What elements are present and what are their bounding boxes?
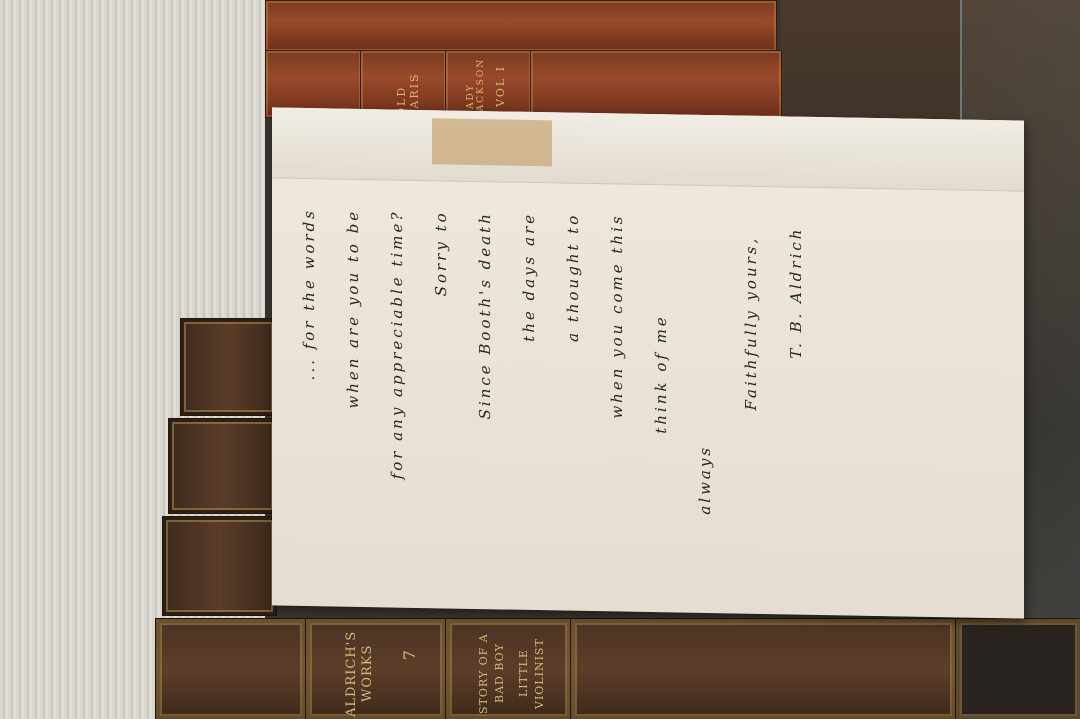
- letter-fold: [272, 107, 1024, 191]
- brown-book: [180, 318, 277, 416]
- letter-line: for any appreciable time?: [388, 209, 406, 479]
- red-book-top-row: [265, 0, 777, 52]
- letter-line: a thought to: [564, 213, 582, 343]
- book-spine: [155, 618, 307, 719]
- letter-line: always: [696, 445, 714, 515]
- book-title: LADY JACKSON: [466, 55, 486, 117]
- book-title: STORY OF A BAD BOY: [476, 627, 516, 719]
- red-book-old-paris: OLD PARIS: [360, 50, 447, 118]
- letter-line: think of me: [652, 314, 670, 434]
- tape-strip: [432, 118, 552, 166]
- red-book-ornate-row: [530, 50, 782, 118]
- letter-closing: Faithfully yours,: [742, 236, 760, 411]
- letter-line: ... for the words: [300, 208, 318, 381]
- brown-book: [168, 418, 277, 514]
- red-book-lady-jackson: LADY JACKSON VOL I: [445, 50, 532, 118]
- letter-line: Since Booth's death: [476, 211, 494, 420]
- letter-line: Sorry to: [432, 210, 450, 296]
- book-spine: [570, 618, 957, 719]
- letter-signature: T. B. Aldrich: [787, 226, 805, 358]
- letter-line: when are you to be: [344, 209, 362, 409]
- letter-line: when you come this: [608, 213, 626, 419]
- book-volume: 7: [402, 649, 418, 660]
- book-title: OLD PARIS: [395, 59, 421, 117]
- letter-line: the days are: [520, 212, 538, 342]
- book-volume: VOL I: [494, 65, 507, 107]
- book-title: ALDRICH'S WORKS: [344, 627, 376, 719]
- book-spine-dark: [955, 618, 1080, 719]
- brown-book: [162, 516, 277, 616]
- book-subtitle: LITTLE VIOLINIST: [516, 627, 556, 719]
- book-spine-story-of-a-bad-boy: STORY OF A BAD BOY LITTLE VIOLINIST: [445, 618, 572, 719]
- book-spine-aldrichs-works: ALDRICH'S WORKS 7: [305, 618, 447, 719]
- handwritten-letter: ... for the words when are you to be for…: [272, 107, 1024, 618]
